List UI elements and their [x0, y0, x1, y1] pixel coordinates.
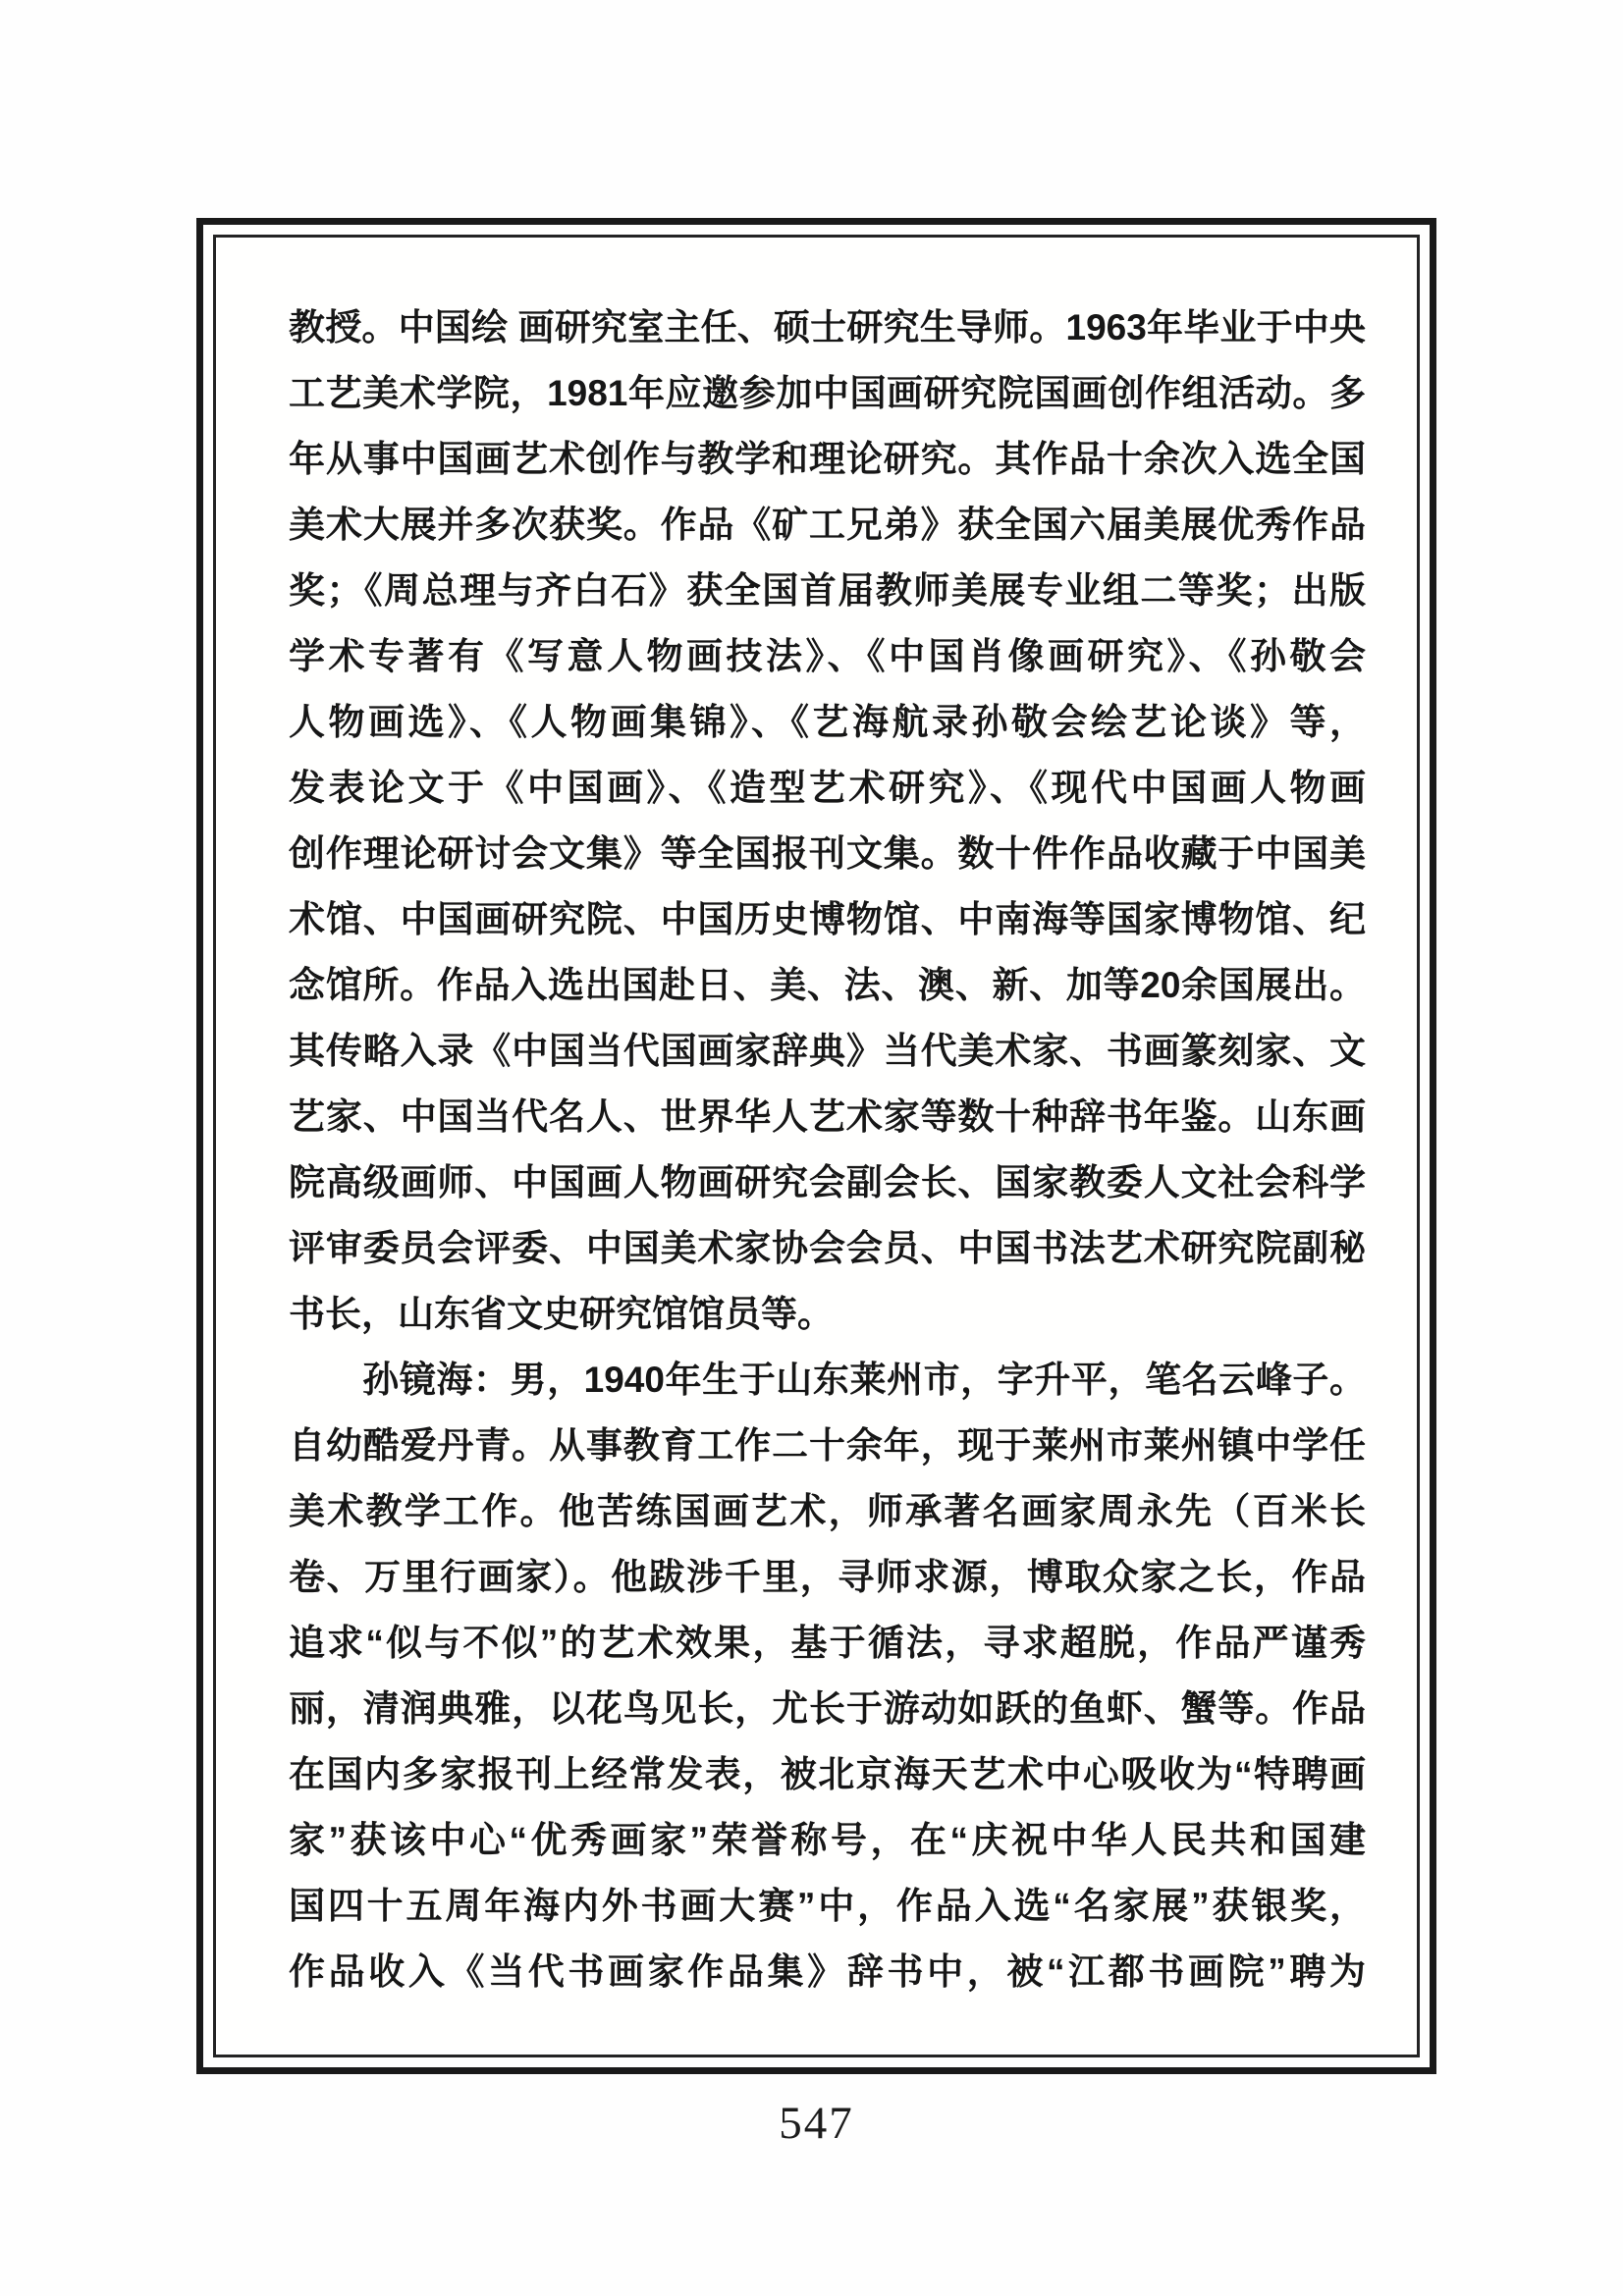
text-line: 教授。中国绘 画研究室主任、硕士研究生导师。1963年毕业于中央	[289, 294, 1366, 360]
text-line: 评审委员会评委、中国美术家协会会员、中国书法艺术研究院副秘	[289, 1215, 1366, 1281]
page-border-inner: 教授。中国绘 画研究室主任、硕士研究生导师。1963年毕业于中央 工艺美术学院，…	[213, 235, 1420, 2057]
text-line: 念馆所。作品入选出国赴日、美、法、澳、新、加等20余国展出。	[289, 952, 1366, 1018]
text-line: 作品收入《当代书画家作品集》辞书中，被“江都书画院”聘为	[289, 1939, 1366, 2004]
text-line: 院高级画师、中国画人物画研究会副会长、国家教委人文社会科学	[289, 1149, 1366, 1215]
page-border-outer: 教授。中国绘 画研究室主任、硕士研究生导师。1963年毕业于中央 工艺美术学院，…	[196, 218, 1436, 2074]
text-line-paragraph-start: 孙镜海：男，1940年生于山东莱州市，字升平，笔名云峰子。	[289, 1347, 1366, 1413]
text-line: 家”获该中心“优秀画家”荣誉称号，在“庆祝中华人民共和国建	[289, 1807, 1366, 1873]
text-line: 学术专著有《写意人物画技法》、《中国肖像画研究》、《孙敬会	[289, 623, 1366, 689]
text-line-paragraph-end: 书长，山东省文史研究馆馆员等。	[289, 1281, 1366, 1347]
text-line: 艺家、中国当代名人、世界华人艺术家等数十种辞书年鉴。山东画	[289, 1084, 1366, 1149]
text-line: 创作理论研讨会文集》等全国报刊文集。数十件作品收藏于中国美	[289, 821, 1366, 886]
page-number: 547	[196, 2097, 1436, 2150]
text-line: 自幼酷爱丹青。从事教育工作二十余年，现于莱州市莱州镇中学任	[289, 1413, 1366, 1478]
biography-text: 教授。中国绘 画研究室主任、硕士研究生导师。1963年毕业于中央 工艺美术学院，…	[289, 294, 1366, 2004]
text-line: 丽，清润典雅，以花鸟见长，尤长于游动如跃的鱼虾、蟹等。作品	[289, 1676, 1366, 1741]
text-line: 美术教学工作。他苦练国画艺术，师承著名画家周永先（百米长	[289, 1478, 1366, 1544]
text-line: 人物画选》、《人物画集锦》、《艺海航录孙敬会绘艺论谈》等，	[289, 689, 1366, 755]
text-line: 国四十五周年海内外书画大赛”中，作品入选“名家展”获银奖，	[289, 1873, 1366, 1939]
text-line: 在国内多家报刊上经常发表，被北京海天艺术中心吸收为“特聘画	[289, 1741, 1366, 1807]
text-line: 发表论文于《中国画》、《造型艺术研究》、《现代中国画人物画	[289, 755, 1366, 821]
text-line: 年从事中国画艺术创作与教学和理论研究。其作品十余次入选全国	[289, 426, 1366, 492]
text-line: 卷、万里行画家）。他跋涉千里，寻师求源，博取众家之长，作品	[289, 1544, 1366, 1610]
scanned-book-page: 教授。中国绘 画研究室主任、硕士研究生导师。1963年毕业于中央 工艺美术学院，…	[0, 0, 1623, 2296]
text-line: 奖；《周总理与齐白石》获全国首届教师美展专业组二等奖；出版	[289, 558, 1366, 623]
text-line: 术馆、中国画研究院、中国历史博物馆、中南海等国家博物馆、纪	[289, 886, 1366, 952]
text-line: 追求“似与不似”的艺术效果，基于循法，寻求超脱，作品严谨秀	[289, 1610, 1366, 1676]
text-line: 其传略入录《中国当代国画家辞典》当代美术家、书画篆刻家、文	[289, 1018, 1366, 1084]
text-line: 工艺美术学院，1981年应邀参加中国画研究院国画创作组活动。多	[289, 360, 1366, 426]
text-line: 美术大展并多次获奖。作品《矿工兄弟》获全国六届美展优秀作品	[289, 492, 1366, 558]
